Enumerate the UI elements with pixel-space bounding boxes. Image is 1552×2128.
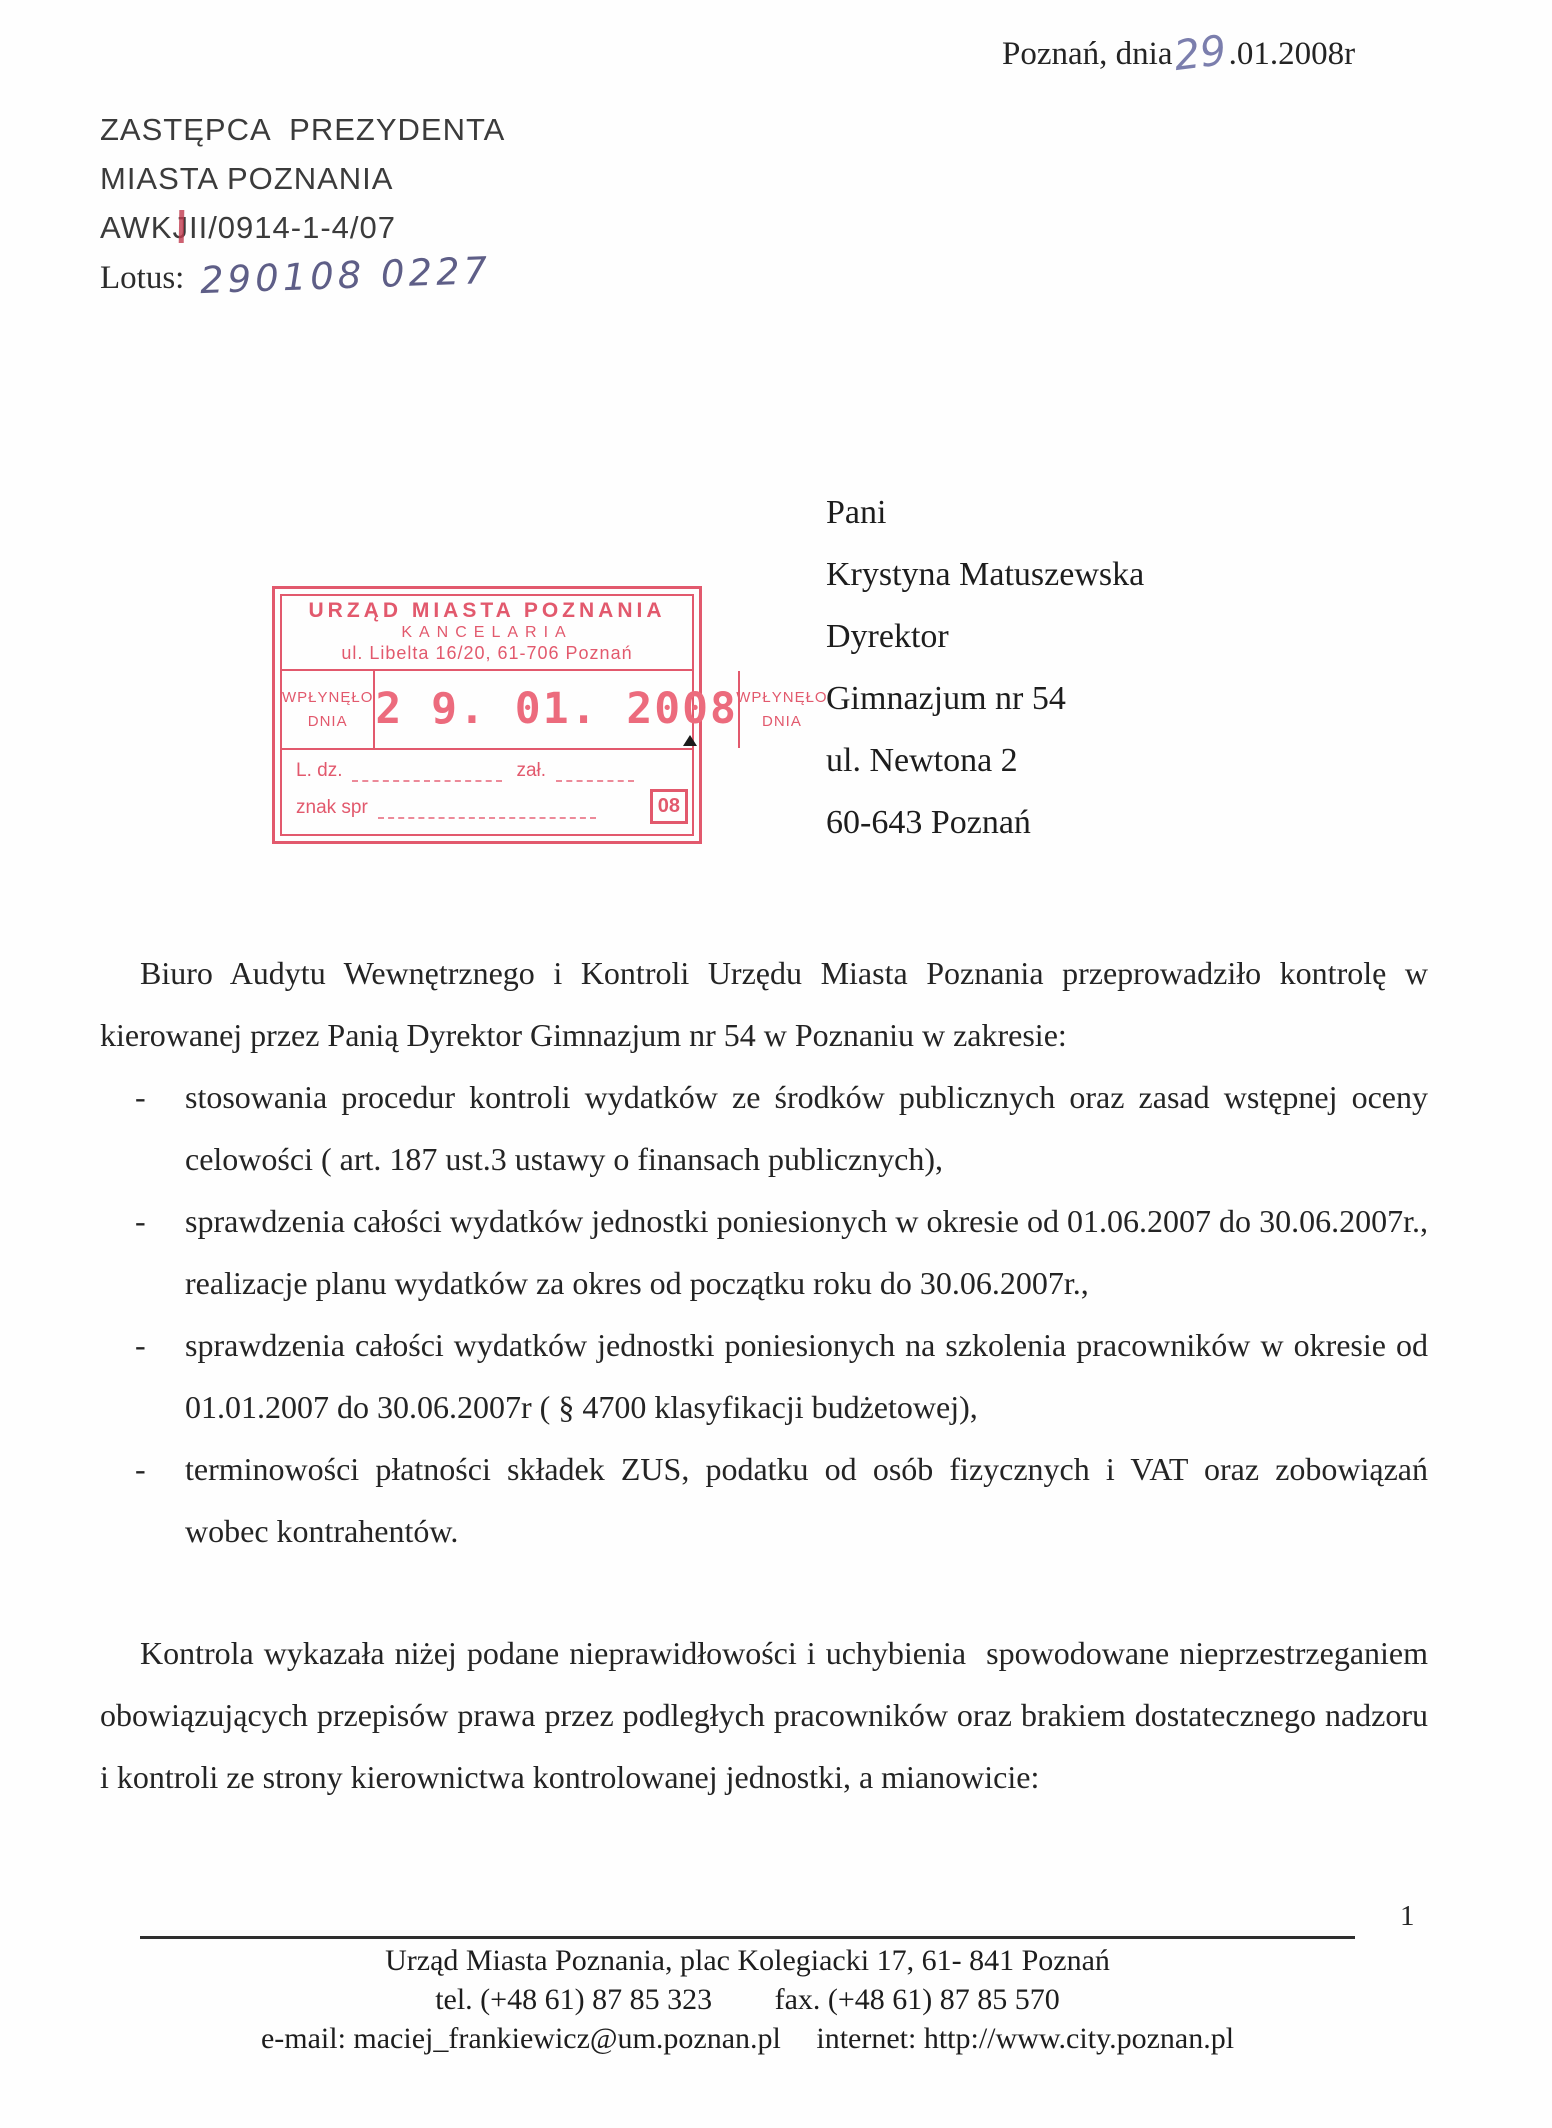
sender-title-line2: MIASTA POZNANIA bbox=[100, 161, 505, 197]
letter-body: Biuro Audytu Wewnętrznego i Kontroli Urz… bbox=[100, 942, 1428, 1808]
stamp-received-day-word-2: DNIA bbox=[762, 710, 802, 733]
lotus-label: Lotus: bbox=[100, 260, 184, 296]
stamp-znak-row: znak spr bbox=[296, 797, 680, 819]
stamp-inner-frame: URZĄD MIASTA POZNANIA KANCELARIA ul. Lib… bbox=[280, 594, 694, 836]
list-item: - sprawdzenia całości wydatków jednostki… bbox=[100, 1190, 1428, 1314]
list-item: - sprawdzenia całości wydatków jednostki… bbox=[100, 1314, 1428, 1438]
footer-web-line: e-mail: maciej_frankiewicz@um.poznan.pl … bbox=[120, 2022, 1375, 2056]
body-paragraph-1: Biuro Audytu Wewnętrznego i Kontroli Urz… bbox=[100, 942, 1428, 1066]
stamp-office-name: URZĄD MIASTA POZNANIA bbox=[282, 599, 692, 623]
stamp-znak-label: znak spr bbox=[296, 797, 368, 819]
footer-rule bbox=[140, 1936, 1355, 1939]
stamp-received-word-2: WPŁYNĘŁO bbox=[736, 686, 827, 709]
stamp-zal-blank-line bbox=[556, 760, 634, 782]
stamp-received-day-word: DNIA bbox=[308, 710, 348, 733]
red-pen-mark bbox=[179, 210, 185, 243]
dash-marker: - bbox=[135, 1066, 146, 1128]
footer: Urząd Miasta Poznania, plac Kolegiacki 1… bbox=[120, 1944, 1375, 2061]
recipient-block: Pani Krystyna Matuszewska Dyrektor Gimna… bbox=[826, 494, 1144, 866]
body-paragraph-2: Kontrola wykazała niżej podane nieprawid… bbox=[100, 1622, 1428, 1808]
stamp-office-address: ul. Libelta 16/20, 61-706 Poznań bbox=[282, 643, 692, 664]
list-item-text: stosowania procedur kontroli wydatków ze… bbox=[185, 1079, 1428, 1177]
office-stamp: URZĄD MIASTA POZNANIA KANCELARIA ul. Lib… bbox=[272, 586, 702, 844]
dash-marker: - bbox=[135, 1190, 146, 1252]
page-number: 1 bbox=[1400, 1900, 1415, 1933]
scope-list: - stosowania procedur kontroli wydatków … bbox=[100, 1066, 1428, 1562]
recipient-salutation: Pani bbox=[826, 494, 1144, 532]
footer-email: e-mail: maciej_frankiewicz@um.poznan.pl bbox=[261, 2022, 781, 2055]
stamp-received-left: WPŁYNĘŁO DNIA bbox=[282, 671, 375, 748]
dash-marker: - bbox=[135, 1438, 146, 1500]
lotus-line: Lotus:290108 0227 bbox=[100, 254, 505, 297]
recipient-street: ul. Newtona 2 bbox=[826, 742, 1144, 780]
stamp-ldz-label: L. dz. bbox=[296, 760, 342, 782]
document-page: Poznań, dnia29.01.2008r ZASTĘPCA PREZYDE… bbox=[0, 0, 1552, 2128]
stamp-znak-blank-line bbox=[378, 797, 596, 819]
stamp-received-word: WPŁYNĘŁO bbox=[282, 686, 373, 709]
reference-text: AWKJII/0914-1-4/07 bbox=[100, 210, 396, 245]
stamp-header: URZĄD MIASTA POZNANIA KANCELARIA ul. Lib… bbox=[282, 596, 692, 671]
stamp-date-value: 2 9. 01. 2008 bbox=[375, 676, 738, 743]
dash-marker: - bbox=[135, 1314, 146, 1376]
footer-fax: fax. (+48 61) 87 85 570 bbox=[775, 1983, 1060, 2016]
stamp-office-dept: KANCELARIA bbox=[282, 624, 692, 642]
sender-block: ZASTĘPCA PREZYDENTA MIASTA POZNANIA AWKJ… bbox=[100, 112, 505, 297]
footer-phone-line: tel. (+48 61) 87 85 323 fax. (+48 61) 87… bbox=[120, 1983, 1375, 2017]
recipient-role: Dyrektor bbox=[826, 618, 1144, 656]
stamp-ldz-blank-line bbox=[352, 760, 502, 782]
footer-internet: internet: http://www.city.poznan.pl bbox=[816, 2022, 1234, 2055]
list-item: - stosowania procedur kontroli wydatków … bbox=[100, 1066, 1428, 1190]
scan-artifact-triangle bbox=[683, 735, 697, 746]
date-prefix: Poznań, dnia bbox=[1002, 36, 1172, 72]
list-item-text: terminowości płatności składek ZUS, poda… bbox=[185, 1451, 1428, 1549]
stamp-code-box: 08 bbox=[650, 789, 688, 824]
handwritten-lotus-number: 290108 0227 bbox=[200, 249, 492, 302]
recipient-institution: Gimnazjum nr 54 bbox=[826, 680, 1144, 718]
date-suffix: .01.2008r bbox=[1229, 36, 1356, 72]
handwritten-day: 29 bbox=[1172, 26, 1230, 80]
stamp-received-right: WPŁYNĘŁO DNIA bbox=[740, 671, 824, 748]
stamp-ldz-row: L. dz. zał. bbox=[296, 760, 680, 782]
stamp-bottom-section: L. dz. zał. znak spr 08 bbox=[282, 750, 692, 834]
recipient-name: Krystyna Matuszewska bbox=[826, 556, 1144, 594]
list-item-text: sprawdzenia całości wydatków jednostki p… bbox=[185, 1327, 1428, 1425]
list-item-text: sprawdzenia całości wydatków jednostki p… bbox=[185, 1203, 1428, 1301]
reference-number: AWKJII/0914-1-4/07 bbox=[100, 210, 505, 246]
date-line: Poznań, dnia29.01.2008r bbox=[1002, 26, 1355, 74]
footer-address: Urząd Miasta Poznania, plac Kolegiacki 1… bbox=[120, 1944, 1375, 1978]
sender-title-line1: ZASTĘPCA PREZYDENTA bbox=[100, 112, 505, 148]
list-item: - terminowości płatności składek ZUS, po… bbox=[100, 1438, 1428, 1562]
recipient-city: 60-643 Poznań bbox=[826, 804, 1144, 842]
stamp-zal-label: zał. bbox=[516, 760, 546, 782]
footer-tel: tel. (+48 61) 87 85 323 bbox=[435, 1983, 712, 2016]
stamp-middle-row: WPŁYNĘŁO DNIA 2 9. 01. 2008 WPŁYNĘŁO DNI… bbox=[282, 671, 692, 750]
